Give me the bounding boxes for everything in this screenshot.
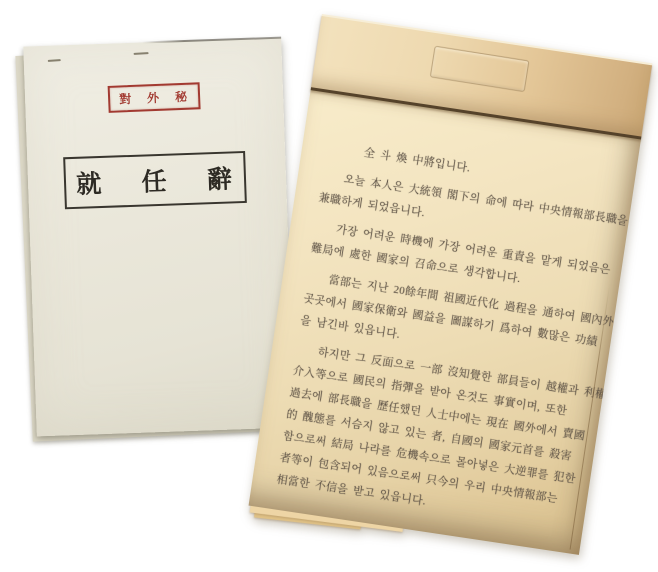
staple-right	[134, 52, 149, 55]
address-page: 全 斗 煥 中將입니다.오늘 本人은 大統領 閣下의 命에 따라 中央情報部長職…	[249, 85, 642, 555]
classification-stamp: 對 外 秘	[108, 82, 201, 113]
page-edge-shadow	[142, 37, 281, 44]
address-text-block: 全 斗 煥 中將입니다.오늘 本人은 大統領 閣下의 命에 따라 中央情報部長職…	[275, 136, 627, 535]
cover-title-box: 就 任 辭	[63, 151, 247, 209]
document-photo: 對 外 秘 就 任 辭 全 斗 煥 中將입니다.오늘 本人은 大統領 閣下의 命…	[0, 0, 658, 572]
cover-title: 就 任 辭	[76, 159, 235, 200]
staple-left	[48, 59, 61, 62]
cover-document: 對 外 秘 就 任 辭	[23, 38, 294, 437]
embossed-stamp	[430, 46, 530, 93]
address-document: 全 斗 煥 中將입니다.오늘 本人은 大統領 閣下의 命에 따라 中央情報部長職…	[249, 14, 653, 555]
